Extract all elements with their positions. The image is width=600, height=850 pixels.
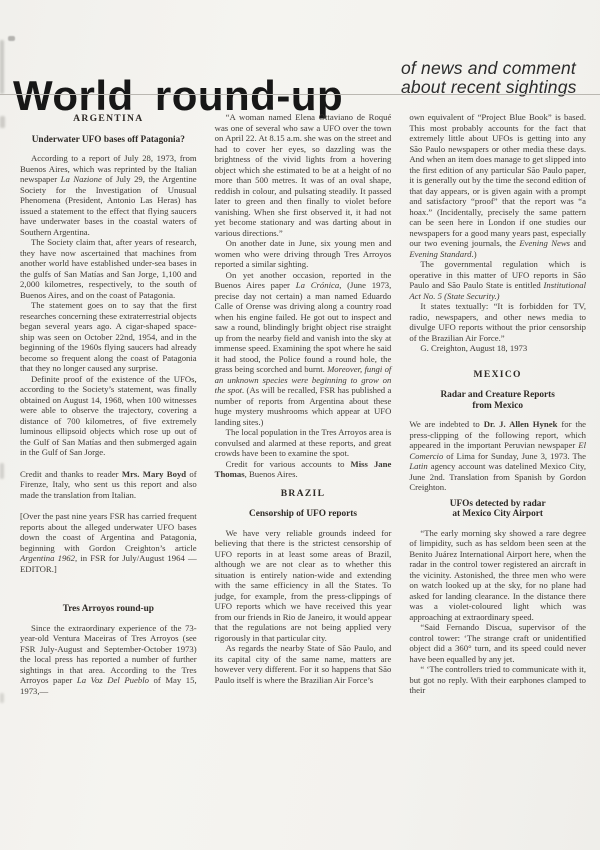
scan-artifact [0,116,5,128]
column-1: ARGENTINAUnderwater UFO bases off Patago… [20,112,197,696]
paragraph: G. Creighton, August 18, 1973 [409,343,586,354]
country-heading: BRAZIL [215,489,392,500]
paragraph: The governmental regulation which is ope… [409,259,586,301]
paragraph: Credit and thanks to reader Mrs. Mary Bo… [20,469,197,501]
paragraph: “Said Fernando Discua, supervisor of the… [409,622,586,664]
scan-artifact [8,36,15,41]
paragraph: “The early morning sky showed a rare deg… [409,528,586,623]
scan-artifact [0,463,4,479]
article-columns: ARGENTINAUnderwater UFO bases off Patago… [20,112,586,696]
paragraph: As regards the nearby State of São Paulo… [215,643,392,685]
scan-artifact [0,40,4,94]
paragraph: The local population in the Tres Arroyos… [215,427,392,459]
paragraph: The Society claim that, after years of r… [20,237,197,300]
header-rule [0,94,600,95]
paragraph: “A woman named Elena Ottaviano de Roqué … [215,112,392,238]
country-heading: MEXICO [409,370,586,381]
country-heading: ARGENTINA [20,114,197,125]
paragraph: Definite proof of the existence of the U… [20,374,197,458]
paragraph: On yet another occasion, reported in the… [215,270,392,428]
section-subheading: Censorship of UFO reports [215,509,392,520]
paragraph: Credit for various accounts to Miss Jane… [215,459,392,480]
subtitle-line-1: of news and comment [401,59,589,78]
paragraph: [Over the past nine years FSR has carrie… [20,511,197,574]
column-3: own equivalent of “Project Blue Book” is… [409,112,586,696]
section-subheading: UFOs detected by radarat Mexico City Air… [409,499,586,520]
column-2: “A woman named Elena Ottaviano de Roqué … [215,112,392,696]
magazine-page: World round-up of news and comment about… [0,0,600,850]
paragraph: Since the extraordinary experience of th… [20,623,197,697]
page-subtitle: of news and comment about recent sightin… [401,59,589,97]
scan-artifact [0,693,4,703]
paragraph: It states textually: “It is forbidden fo… [409,301,586,343]
paragraph: We are indebted to Dr. J. Allen Hynek fo… [409,419,586,493]
section-subheading: Tres Arroyos round-up [20,604,197,615]
paragraph: “ ‘The controllers tried to communicate … [409,664,586,696]
paragraph: On another date in June, six young men a… [215,238,392,270]
page-title: World round-up [13,75,343,117]
paragraph: The statement goes on to say that the fi… [20,300,197,374]
section-subheading: Underwater UFO bases off Patagonia? [20,135,197,146]
paragraph: We have very reliable grounds indeed for… [215,528,392,644]
paragraph: own equivalent of “Project Blue Book” is… [409,112,586,259]
paragraph: According to a report of July 28, 1973, … [20,153,197,237]
section-subheading: Radar and Creature Reportsfrom Mexico [409,390,586,411]
